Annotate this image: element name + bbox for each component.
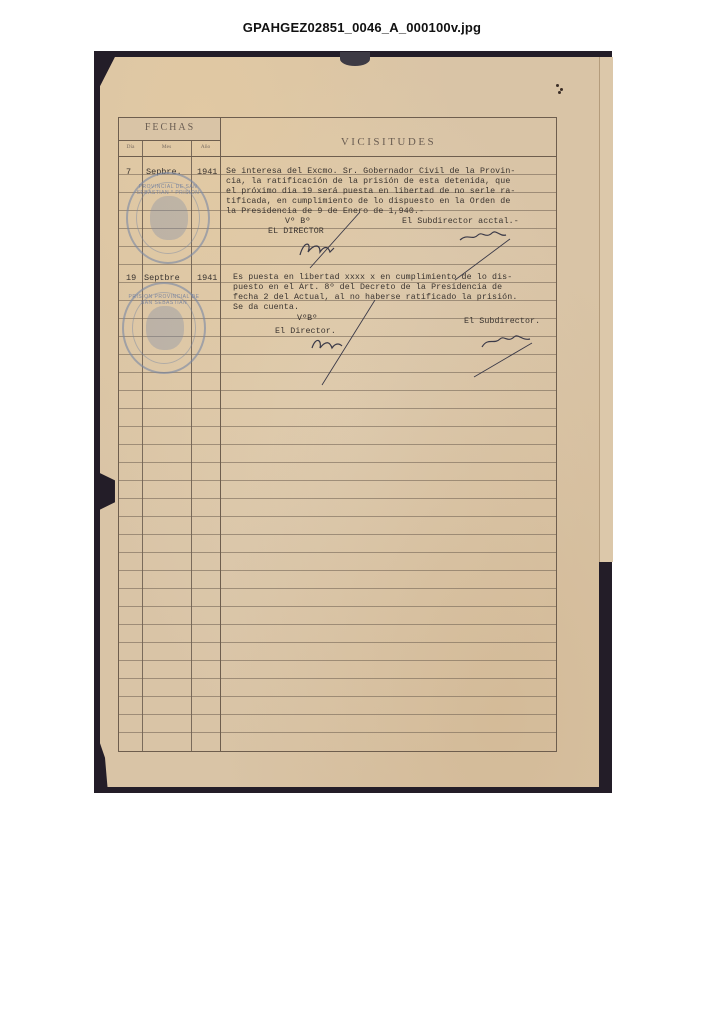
entry-2-line-2: puesto en el Art. 8º del Decreto de la P… (233, 283, 502, 293)
entry-2-subdirector-signature (470, 325, 550, 380)
entry-2-line-4: Se da cuenta. (233, 303, 299, 313)
fechas-header-divider (119, 140, 220, 141)
column-divider-ano (220, 118, 221, 751)
entry-1-day: 7 (126, 167, 131, 177)
file-title: GPAHGEZ02851_0046_A_000100v.jpg (0, 20, 724, 35)
entry-1-line-3: el próximo dia 19 será puesta en liberta… (226, 187, 516, 197)
header-bottom-line (119, 156, 556, 157)
entry-1-prison-stamp: PROVINCIAL DE SAN SEBASTIAN * PRISION (126, 172, 210, 264)
header-fechas: FECHAS (119, 122, 221, 133)
ink-spots (556, 84, 566, 94)
header-mes: Mes (142, 144, 191, 150)
entry-1-director-signature (290, 200, 410, 270)
entry-1-year: 1941 (197, 167, 217, 177)
paper-back-strip (599, 57, 613, 562)
entry-1-line-2: cia, la ratificación de la prisión de es… (226, 177, 510, 187)
entry-2-director-signature (300, 300, 410, 390)
header-vicisitudes: VICISITUDES (221, 136, 556, 148)
stamp-text: PRISION PROVINCIAL DE SAN SEBASTIAN (124, 294, 204, 306)
entry-2-day: 19 (126, 273, 136, 283)
entry-1-line-1: Se interesa del Excmo. Sr. Gobernador Ci… (226, 167, 516, 177)
entry-2-year: 1941 (197, 273, 217, 283)
entry-2-line-1: Es puesta en libertad xxxx x en cumplimi… (233, 273, 512, 283)
ink-blot (340, 52, 370, 66)
header-ano: Año (191, 144, 220, 150)
header-dia: Día (119, 144, 142, 150)
stamp-text: PROVINCIAL DE SAN SEBASTIAN * PRISION (128, 184, 208, 196)
entry-2-prison-stamp: PRISION PROVINCIAL DE SAN SEBASTIAN (122, 282, 206, 374)
